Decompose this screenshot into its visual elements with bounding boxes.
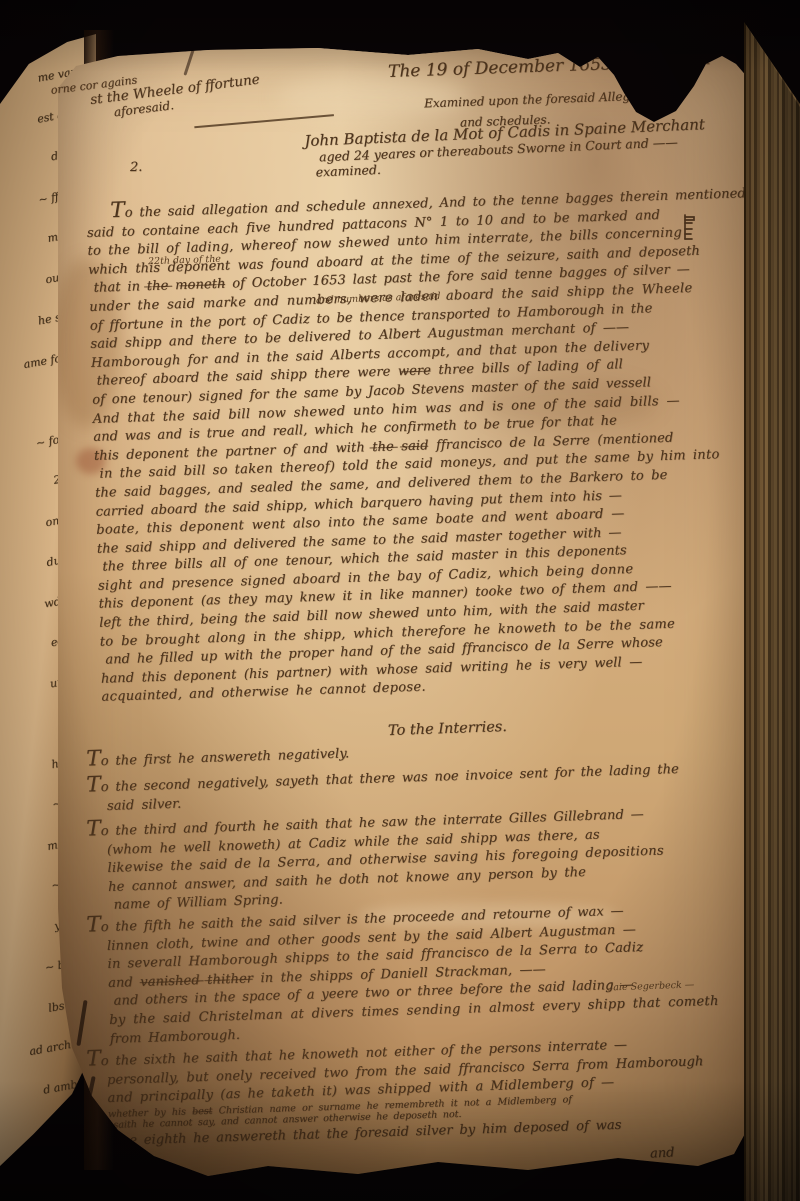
header-date: The 19 of December 1653. [388, 54, 618, 82]
margin-deponent-number: 2. [130, 160, 142, 175]
answer-fifth: To the fifth he saith the said silver is… [106, 897, 720, 1049]
folio-number: 244 [690, 54, 711, 67]
handwritten-line: To the first he answereth negatively. [86, 742, 350, 772]
fore-edge-shading [744, 22, 800, 1201]
manuscript-photo: me vanest appd fitt~ ffordme &out ofhe s… [0, 0, 800, 1201]
answer-first: To the first he answereth negatively. [106, 742, 350, 771]
answer-third-fourth: To the third and fourth he saith that he… [106, 803, 665, 916]
deponent-heading: John Baptista de la Mot of Cadis in Spai… [304, 115, 706, 180]
merchant-mark-glyph [680, 213, 698, 241]
interrogatories-heading: To the Interries. [388, 719, 507, 739]
header-examined-line: Examined upon the foresaid Allegation — [424, 88, 677, 111]
margin-ink-stroke [76, 1000, 87, 1046]
manuscript-page: 244 2. The 19 of December 1653. Examined… [58, 48, 748, 1176]
catchword: and [650, 1145, 675, 1161]
